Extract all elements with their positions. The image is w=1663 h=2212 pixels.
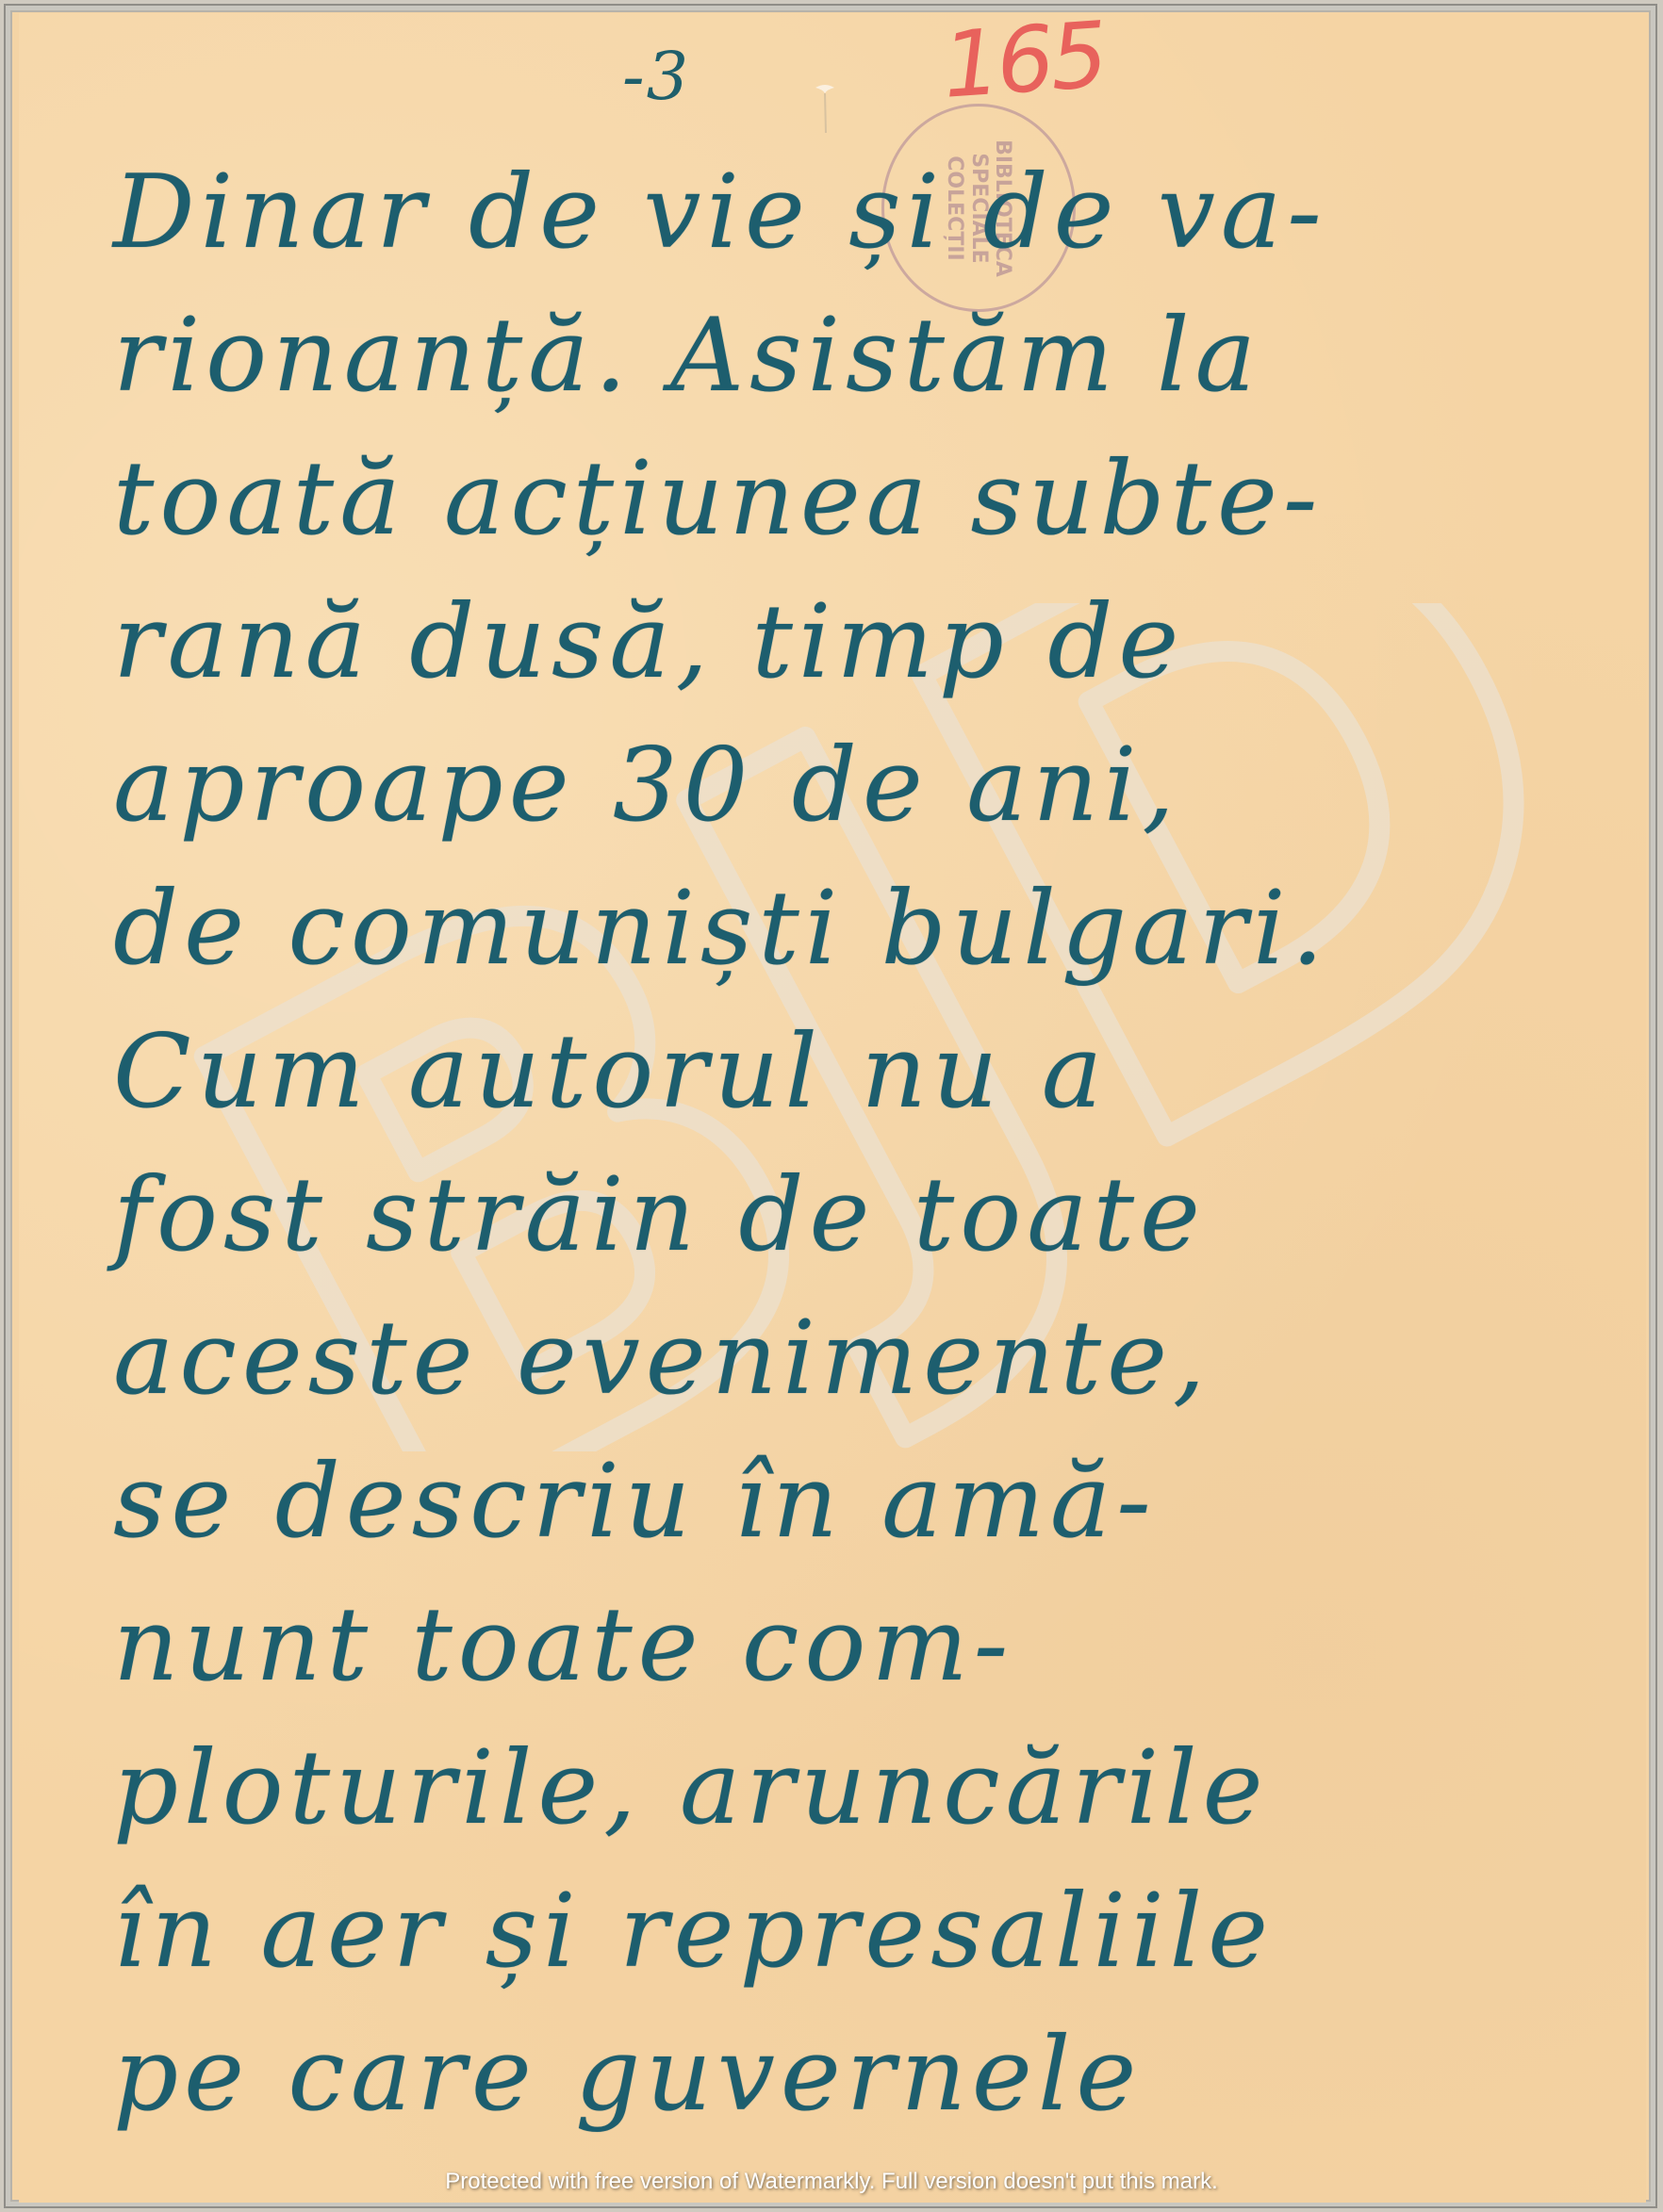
text-line: aproape 30 de ani, [113,714,1584,858]
text-line: Dinar de vie și de va- [113,141,1584,285]
text-line: nunt toate com- [113,1574,1584,1717]
text-line: de comuniști bulgari. [113,858,1584,1001]
text-line: fost străin de toate [113,1144,1584,1287]
scanned-page: -3 BIBLIOTECA SPECIALE COLECȚII 165 BJDB… [0,0,1663,2212]
text-line: rionanță. Asistăm la [113,285,1584,428]
text-line: ploturile, aruncările [113,1717,1584,1860]
pin-hole-mark [806,80,844,137]
text-line: toată acțiunea subte- [113,428,1584,571]
archive-number: 165 [939,2,1108,119]
text-line: Cum autorul nu a [113,1001,1584,1144]
text-line: aceste evenimente, [113,1287,1584,1431]
handwritten-text: Dinar de vie și de va- rionanță. Asistăm… [113,141,1584,2147]
text-line: pe care guvernele [113,2004,1584,2147]
text-line: în aer și represaliile [113,1860,1584,2004]
text-line: se descriu în amă- [113,1431,1584,1574]
page-number: -3 [622,38,690,115]
text-line: rană dusă, timp de [113,571,1584,714]
watermarkly-notice: Protected with free version of Watermark… [0,2169,1663,2195]
